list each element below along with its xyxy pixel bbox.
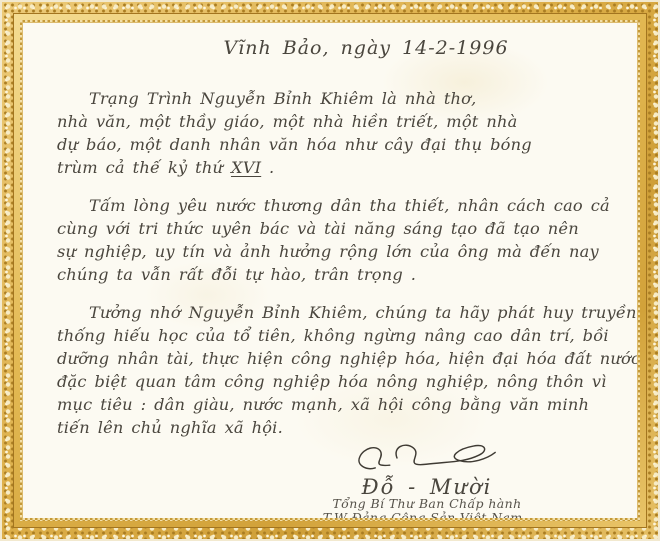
letter-line: Trạng Trình Nguyễn Bỉnh Khiêm là nhà thơ…	[57, 87, 611, 110]
signature-block: Đỗ - Mười Tổng Bí Thư Ban Chấp hành T.W …	[287, 437, 567, 518]
line-suffix: .	[261, 158, 274, 177]
signature-title-2: T.W Đảng Cộng Sản Việt Nam .	[287, 512, 567, 519]
signature-flourish	[342, 437, 512, 477]
paragraph-2: Tấm lòng yêu nước thương dân tha thiết, …	[57, 194, 611, 286]
letter-line: chúng ta vẫn rất đỗi tự hào, trân trọng …	[57, 263, 611, 286]
frame-inner-lip: Vĩnh Bảo, ngày 14-2-1996 Trạng Trình Ngu…	[13, 13, 647, 528]
signature-name: Đỗ - Mười	[287, 477, 567, 497]
letter-body: Trạng Trình Nguyễn Bỉnh Khiêm là nhà thơ…	[57, 87, 611, 439]
paragraph-1: Trạng Trình Nguyễn Bỉnh Khiêm là nhà thơ…	[57, 87, 611, 179]
letter-line: sự nghiệp, uy tín và ảnh hưởng rộng lớn …	[57, 240, 611, 263]
letter-line: Tưởng nhớ Nguyễn Bỉnh Khiêm, chúng ta hã…	[57, 301, 611, 324]
letter-line: trùm cả thế kỷ thứ XVI .	[57, 156, 611, 179]
signature-title-1: Tổng Bí Thư Ban Chấp hành	[287, 498, 567, 511]
picture-frame: Vĩnh Bảo, ngày 14-2-1996 Trạng Trình Ngu…	[0, 0, 660, 541]
letter-line: Tấm lòng yêu nước thương dân tha thiết, …	[57, 194, 611, 217]
frame-bead-edge: Vĩnh Bảo, ngày 14-2-1996 Trạng Trình Ngu…	[20, 20, 640, 521]
letter-line: nhà văn, một thầy giáo, một nhà hiền tri…	[57, 110, 611, 133]
letter-line: mục tiêu : dân giàu, nước mạnh, xã hội c…	[57, 393, 611, 416]
letter-dateline: Vĩnh Bảo, ngày 14-2-1996	[89, 35, 637, 61]
line-prefix: trùm cả thế kỷ thứ	[57, 158, 231, 177]
letter-line: dưỡng nhân tài, thực hiện công nghiệp hó…	[57, 347, 611, 370]
underlined-century: XVI	[231, 158, 261, 177]
letter-line: tiến lên chủ nghĩa xã hội.	[57, 416, 611, 439]
letter-line: đặc biệt quan tâm công nghiệp hóa nông n…	[57, 370, 611, 393]
letter-paper: Vĩnh Bảo, ngày 14-2-1996 Trạng Trình Ngu…	[23, 23, 637, 518]
letter-line: cùng với tri thức uyên bác và tài năng s…	[57, 217, 611, 240]
paragraph-3: Tưởng nhớ Nguyễn Bỉnh Khiêm, chúng ta hã…	[57, 301, 611, 439]
letter-line: thống hiếu học của tổ tiên, không ngừng …	[57, 324, 611, 347]
letter-line: dự báo, một danh nhân văn hóa như cây đạ…	[57, 133, 611, 156]
